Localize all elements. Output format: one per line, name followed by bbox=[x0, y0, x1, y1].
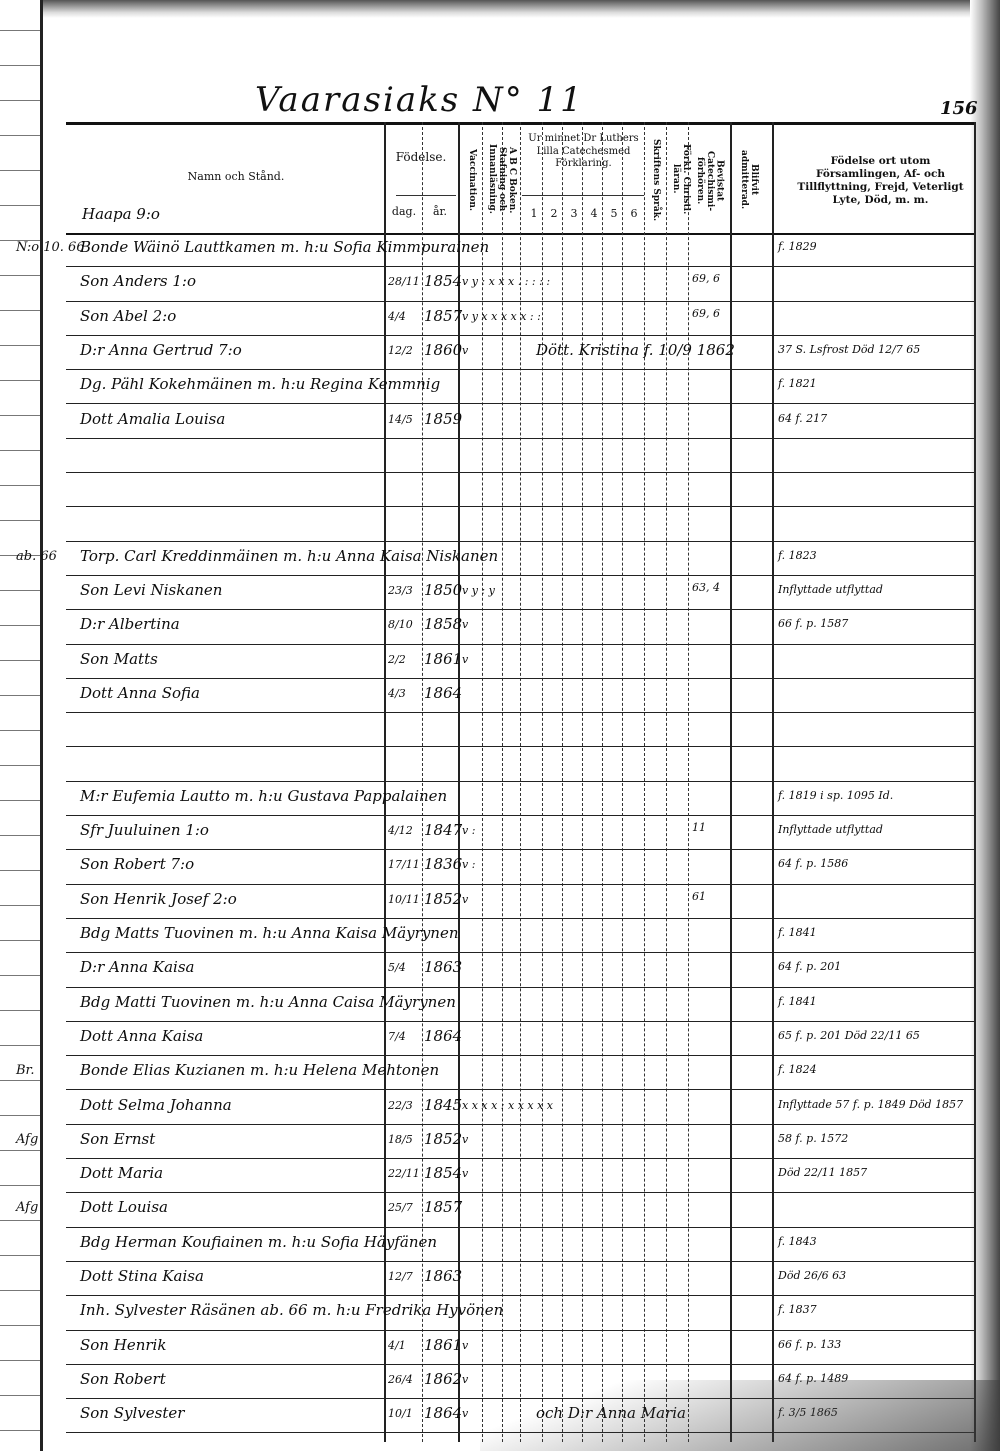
birth-year: 1845 bbox=[424, 1096, 462, 1114]
reading-marks: v bbox=[462, 1167, 468, 1180]
reading-marks: v y : y bbox=[462, 584, 495, 597]
margin-note: ab. 66 bbox=[16, 549, 57, 564]
entry-name: Dott Maria bbox=[80, 1164, 163, 1182]
ledger-header: Namn och Stånd. Haapa 9:o Födelse. dag. … bbox=[66, 122, 976, 235]
birth-day: 22/11 bbox=[388, 1167, 420, 1180]
entry-name: Dg. Pähl Kokehmäinen m. h:u Regina Kemmn… bbox=[80, 375, 440, 393]
table-row bbox=[66, 438, 976, 473]
catechism-col-5: 5 bbox=[604, 207, 624, 221]
entry-name: Son Matts bbox=[80, 650, 158, 668]
reading-marks: v y : x x x . : : : : bbox=[462, 275, 550, 288]
header-catechism: Ur minnet Dr Luthers Lilla Catechesmed F… bbox=[521, 133, 646, 171]
table-row: Son Henrik Josef 2:o10/111852v61 bbox=[66, 884, 976, 919]
birth-day: 22/3 bbox=[388, 1099, 413, 1112]
reading-marks: v bbox=[462, 618, 468, 631]
catechism-col-1: 1 bbox=[524, 207, 544, 221]
catechism-col-2: 2 bbox=[544, 207, 564, 221]
remarks: 65 f. p. 201 Död 22/11 65 bbox=[778, 1029, 920, 1042]
table-row: Son Levi Niskanen23/31850v y : y63, 4Inf… bbox=[66, 575, 976, 610]
header-scripture: Skriftens Språk. bbox=[650, 135, 660, 225]
birth-day: 18/5 bbox=[388, 1133, 413, 1146]
page-number: 156 bbox=[940, 98, 978, 119]
table-row: Inh. Sylvester Räsänen ab. 66 m. h:u Fre… bbox=[66, 1295, 976, 1330]
birth-day: 25/7 bbox=[388, 1201, 413, 1214]
scan-edge-top bbox=[0, 0, 1000, 18]
reading-marks: v y x x x x x : : bbox=[462, 310, 541, 323]
birth-year: 1864 bbox=[424, 1404, 462, 1422]
table-row: Dott Amalia Louisa14/5185964 f. 217 bbox=[66, 404, 976, 439]
ledger-table: Namn och Stånd. Haapa 9:o Födelse. dag. … bbox=[66, 122, 976, 1442]
table-row: Br.Bonde Elias Kuzianen m. h:u Helena Me… bbox=[66, 1055, 976, 1090]
entry-name: Dott Stina Kaisa bbox=[80, 1267, 204, 1285]
remarks: f. 1841 bbox=[778, 926, 817, 939]
entry-name: Dott Louisa bbox=[80, 1198, 168, 1216]
birth-day: 4/1 bbox=[388, 1339, 406, 1352]
reading-marks: v : bbox=[462, 858, 475, 871]
header-village-note: Haapa 9:o bbox=[82, 205, 160, 223]
birth-year: 1859 bbox=[424, 410, 462, 428]
birth-day: 17/11 bbox=[388, 858, 420, 871]
entry-name: Bonde Wäinö Lauttkamen m. h:u Sofia Kimm… bbox=[80, 238, 489, 256]
reading-marks: x x x x : x x x x x bbox=[462, 1099, 553, 1112]
table-row: D:r Albertina8/101858v66 f. p. 1587 bbox=[66, 609, 976, 644]
header-catechism-hearings: Bevistat Catechismi-förhören. bbox=[694, 131, 724, 231]
birth-year: 1860 bbox=[424, 341, 462, 359]
catechism-col-4: 4 bbox=[584, 207, 604, 221]
catechism-col-6: 6 bbox=[624, 207, 644, 221]
margin-note: Afg bbox=[16, 1200, 38, 1215]
birth-year: 1857 bbox=[424, 307, 462, 325]
birth-day: 4/3 bbox=[388, 687, 406, 700]
header-christian-doctrine: Förkl. Christl. läran. bbox=[670, 131, 690, 227]
margin-note: N:o 10. 66 bbox=[16, 240, 85, 255]
birth-year: 1850 bbox=[424, 581, 462, 599]
remarks: f. 1843 bbox=[778, 1235, 817, 1248]
remarks: f. 1823 bbox=[778, 549, 817, 562]
entry-name: D:r Anna Gertrud 7:o bbox=[80, 341, 242, 359]
table-row bbox=[66, 712, 976, 747]
entry-name: Son Robert 7:o bbox=[80, 855, 194, 873]
birth-day: 10/1 bbox=[388, 1407, 413, 1420]
birth-day: 26/4 bbox=[388, 1373, 413, 1386]
reading-marks: v bbox=[462, 1133, 468, 1146]
remarks: f. 1841 bbox=[778, 995, 817, 1008]
table-row bbox=[66, 747, 976, 782]
header-communion: Blifvit admitterad. bbox=[738, 135, 758, 225]
remarks: f. 1837 bbox=[778, 1303, 817, 1316]
remarks: 64 f. p. 201 bbox=[778, 960, 841, 973]
entry-name: Bdg Herman Koufiainen m. h:u Sofia Häyfä… bbox=[80, 1233, 437, 1251]
birth-year: 1862 bbox=[424, 1370, 462, 1388]
remarks: 58 f. p. 1572 bbox=[778, 1132, 848, 1145]
margin-note: Afg bbox=[16, 1132, 38, 1147]
birth-year: 1852 bbox=[424, 1130, 462, 1148]
scan-edge-left bbox=[0, 0, 43, 1451]
remarks: f. 1821 bbox=[778, 377, 817, 390]
table-row: Bdg Matts Tuovinen m. h:u Anna Kaisa Mäy… bbox=[66, 918, 976, 953]
birth-year: 1857 bbox=[424, 1198, 462, 1216]
table-row: Son Robert 7:o17/111836v :64 f. p. 1586 bbox=[66, 849, 976, 884]
table-row: Son Abel 2:o4/41857v y x x x x x : :69, … bbox=[66, 301, 976, 336]
header-name-column: Namn och Stånd. bbox=[126, 170, 346, 184]
entry-name: Bdg Matts Tuovinen m. h:u Anna Kaisa Mäy… bbox=[80, 924, 459, 942]
table-row: Bdg Herman Koufiainen m. h:u Sofia Häyfä… bbox=[66, 1227, 976, 1262]
reading-marks: v bbox=[462, 1373, 468, 1386]
catechism-hearing: 69, 6 bbox=[692, 307, 720, 320]
table-row: N:o 10. 66Bonde Wäinö Lauttkamen m. h:u … bbox=[66, 232, 976, 267]
entry-name: Bonde Elias Kuzianen m. h:u Helena Mehto… bbox=[80, 1061, 439, 1079]
remarks: 66 f. p. 1587 bbox=[778, 617, 848, 630]
birth-year: 1847 bbox=[424, 821, 462, 839]
header-remarks: Födelse ort utom Församlingen, Af- och T… bbox=[788, 155, 973, 208]
birth-day: 5/4 bbox=[388, 961, 406, 974]
header-birth-day: dag. bbox=[386, 205, 422, 219]
remarks: f. 1819 i sp. 1095 Id. bbox=[778, 789, 893, 802]
remarks: f. 1829 bbox=[778, 240, 817, 253]
birth-day: 12/7 bbox=[388, 1270, 413, 1283]
table-row: Dott Selma Johanna22/31845x x x x : x x … bbox=[66, 1090, 976, 1125]
table-row: Son Anders 1:o28/111854v y : x x x . : :… bbox=[66, 266, 976, 301]
birth-day: 7/4 bbox=[388, 1030, 406, 1043]
entry-name: Dott Anna Sofia bbox=[80, 684, 200, 702]
reading-marks: v bbox=[462, 344, 468, 357]
table-row: D:r Anna Gertrud 7:o12/21860vDött. Krist… bbox=[66, 335, 976, 370]
reading-marks: v bbox=[462, 653, 468, 666]
page-title: Vaarasiaks N° 11 bbox=[255, 80, 584, 120]
table-row: M:r Eufemia Lautto m. h:u Gustava Pappal… bbox=[66, 781, 976, 816]
table-row: Son Matts2/21861v bbox=[66, 644, 976, 679]
birth-year: 1836 bbox=[424, 855, 462, 873]
remarks: Inflyttade 57 f. p. 1849 Död 1857 bbox=[778, 1098, 963, 1111]
catechism-hearing: 63, 4 bbox=[692, 581, 720, 594]
reading-marks: v bbox=[462, 893, 468, 906]
reading-marks: v bbox=[462, 1407, 468, 1420]
remarks: 64 f. p. 1586 bbox=[778, 857, 848, 870]
header-vaccination: Vaccination. bbox=[466, 135, 476, 225]
entry-name: Sfr Juuluinen 1:o bbox=[80, 821, 209, 839]
birth-day: 23/3 bbox=[388, 584, 413, 597]
table-row: Dg. Pähl Kokehmäinen m. h:u Regina Kemmn… bbox=[66, 369, 976, 404]
table-row bbox=[66, 472, 976, 507]
birth-day: 4/12 bbox=[388, 824, 413, 837]
birth-year: 1864 bbox=[424, 684, 462, 702]
table-row: D:r Anna Kaisa5/4186364 f. p. 201 bbox=[66, 952, 976, 987]
entry-name: Son Robert bbox=[80, 1370, 166, 1388]
birth-day: 12/2 bbox=[388, 344, 413, 357]
catechism-hearing: 11 bbox=[692, 821, 706, 834]
entry-name: Son Abel 2:o bbox=[80, 307, 176, 325]
header-abc-book: A B C Boken. bbox=[506, 135, 516, 225]
remarks: 66 f. p. 133 bbox=[778, 1338, 841, 1351]
catechism-col-3: 3 bbox=[564, 207, 584, 221]
table-row: Sfr Juuluinen 1:o4/121847v :11Inflyttade… bbox=[66, 815, 976, 850]
birth-year: 1852 bbox=[424, 890, 462, 908]
birth-year: 1854 bbox=[424, 1164, 462, 1182]
birth-day: 28/11 bbox=[388, 275, 420, 288]
entry-name: Inh. Sylvester Räsänen ab. 66 m. h:u Fre… bbox=[80, 1301, 503, 1319]
entry-name: Bdg Matti Tuovinen m. h:u Anna Caisa Mäy… bbox=[80, 993, 456, 1011]
remarks: Död 26/6 63 bbox=[778, 1269, 846, 1282]
table-row: ab. 66Torp. Carl Kreddinmäinen m. h:u An… bbox=[66, 541, 976, 576]
remarks: 64 f. 217 bbox=[778, 412, 827, 425]
entry-name: Dott Selma Johanna bbox=[80, 1096, 232, 1114]
birth-year: 1863 bbox=[424, 958, 462, 976]
entry-name: Dott Amalia Louisa bbox=[80, 410, 225, 428]
table-row: Bdg Matti Tuovinen m. h:u Anna Caisa Mäy… bbox=[66, 987, 976, 1022]
birth-day: 2/2 bbox=[388, 653, 406, 666]
birth-year: 1864 bbox=[424, 1027, 462, 1045]
reading-marks: v bbox=[462, 1339, 468, 1352]
table-row: Dott Anna Kaisa7/4186465 f. p. 201 Död 2… bbox=[66, 1021, 976, 1056]
entry-name: Son Sylvester bbox=[80, 1404, 184, 1422]
birth-year: 1858 bbox=[424, 615, 462, 633]
birth-day: 10/11 bbox=[388, 893, 420, 906]
reading-marks: v : bbox=[462, 824, 475, 837]
table-row bbox=[66, 506, 976, 541]
birth-year: 1863 bbox=[424, 1267, 462, 1285]
entry-name: M:r Eufemia Lautto m. h:u Gustava Pappal… bbox=[80, 787, 447, 805]
entry-name: Son Ernst bbox=[80, 1130, 155, 1148]
birth-day: 4/4 bbox=[388, 310, 406, 323]
birth-day: 8/10 bbox=[388, 618, 413, 631]
catechism-hearing: 61 bbox=[692, 890, 706, 903]
remarks: 37 S. Lsfrost Död 12/7 65 bbox=[778, 343, 920, 356]
birth-year: 1861 bbox=[424, 1336, 462, 1354]
table-row: AfgDott Louisa25/71857 bbox=[66, 1192, 976, 1227]
remarks: Inflyttade utflyttad bbox=[778, 823, 883, 836]
birth-year: 1854 bbox=[424, 272, 462, 290]
table-row: Dott Anna Sofia4/31864 bbox=[66, 678, 976, 713]
entry-name: D:r Anna Kaisa bbox=[80, 958, 194, 976]
margin-note: Br. bbox=[16, 1063, 34, 1078]
table-row: Son Henrik4/11861v66 f. p. 133 bbox=[66, 1330, 976, 1365]
table-row: AfgSon Ernst18/51852v58 f. p. 1572 bbox=[66, 1124, 976, 1159]
birth-year: 1861 bbox=[424, 650, 462, 668]
entry-name: Son Henrik Josef 2:o bbox=[80, 890, 237, 908]
header-birth: Födelse. bbox=[386, 150, 456, 165]
table-row: Dott Stina Kaisa12/71863Död 26/6 63 bbox=[66, 1261, 976, 1296]
catechism-hearing: 69, 6 bbox=[692, 272, 720, 285]
header-birth-year: år. bbox=[422, 205, 458, 219]
entry-name: D:r Albertina bbox=[80, 615, 180, 633]
entry-name: Dott Anna Kaisa bbox=[80, 1027, 203, 1045]
entry-name: Son Anders 1:o bbox=[80, 272, 196, 290]
remarks: Död 22/11 1857 bbox=[778, 1166, 867, 1179]
entry-name: Son Henrik bbox=[80, 1336, 166, 1354]
entry-extra: Dött. Kristina f. 10/9 1862 bbox=[536, 341, 735, 359]
remarks: Inflyttade utflyttad bbox=[778, 583, 883, 596]
remarks: f. 1824 bbox=[778, 1063, 817, 1076]
entry-name: Torp. Carl Kreddinmäinen m. h:u Anna Kai… bbox=[80, 547, 498, 565]
table-row: Dott Maria22/111854vDöd 22/11 1857 bbox=[66, 1158, 976, 1193]
entry-name: Son Levi Niskanen bbox=[80, 581, 222, 599]
scan-shadow bbox=[480, 1380, 1000, 1451]
birth-day: 14/5 bbox=[388, 413, 413, 426]
